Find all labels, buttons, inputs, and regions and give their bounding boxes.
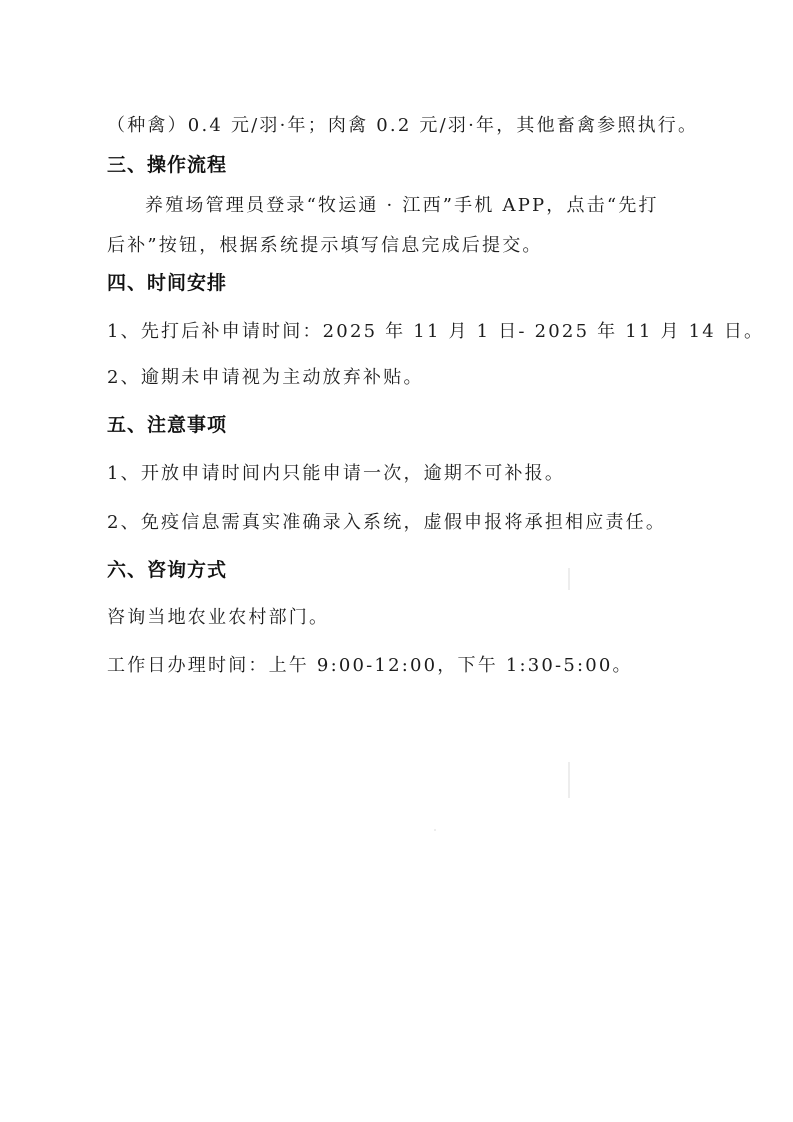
paragraph-line: 后补”按钮，根据系统提示填写信息完成后提交。 bbox=[107, 234, 543, 258]
section-heading-operation-process: 三、操作流程 bbox=[107, 153, 227, 177]
section-heading-schedule: 四、时间安排 bbox=[107, 271, 227, 295]
paragraph-line: 养殖场管理员登录“牧运通 · 江西”手机 APP，点击“先打 bbox=[145, 194, 659, 218]
list-item: 1、先打后补申请时间：2025 年 11 月 1 日- 2025 年 11 月 … bbox=[107, 320, 764, 344]
continuation-text: （种禽）0.4 元/羽·年；肉禽 0.2 元/羽·年，其他畜禽参照执行。 bbox=[107, 114, 698, 138]
list-item: 2、逾期未申请视为主动放弃补贴。 bbox=[107, 366, 424, 390]
list-item: 1、开放申请时间内只能申请一次，逾期不可补报。 bbox=[107, 462, 565, 486]
list-item: 咨询当地农业农村部门。 bbox=[107, 606, 329, 630]
section-heading-contact: 六、咨询方式 bbox=[107, 558, 227, 582]
section-heading-notes: 五、注意事项 bbox=[107, 413, 227, 437]
document-page: （种禽）0.4 元/羽·年；肉禽 0.2 元/羽·年，其他畜禽参照执行。 三、操… bbox=[0, 0, 793, 1122]
list-item: 2、免疫信息需真实准确录入系统，虚假申报将承担相应责任。 bbox=[107, 511, 666, 535]
scan-artifact bbox=[568, 568, 570, 590]
scan-artifact bbox=[434, 829, 436, 831]
scan-artifact bbox=[568, 762, 570, 798]
list-item: 工作日办理时间：上午 9:00-12:00，下午 1:30-5:00。 bbox=[107, 654, 633, 678]
